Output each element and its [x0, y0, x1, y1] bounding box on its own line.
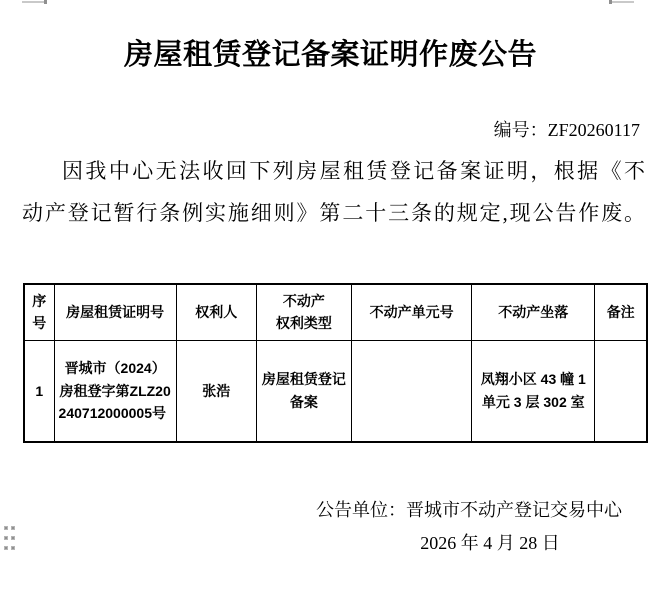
header-holder: 权利人 [176, 284, 256, 340]
top-left-edge-nub [44, 0, 47, 4]
top-left-edge-line [22, 1, 44, 3]
cell-remark [595, 340, 647, 442]
header-unit-no: 不动产单元号 [352, 284, 472, 340]
doc-number: 编号：ZF20260117 [494, 116, 640, 142]
body-paragraph: 因我中心无法收回下列房屋租赁登记备案证明，根据《不 动产登记暂行条例实施细则》第… [22, 150, 645, 234]
notice-document-page: 房屋租赁登记备案证明作废公告 编号：ZF20260117 因我中心无法收回下列房… [0, 0, 661, 592]
dot [11, 526, 15, 530]
cell-cert-no: 晋城市（2024）房租登字第ZLZ20240712000005号 [54, 340, 176, 442]
dot [4, 536, 8, 540]
dot [4, 526, 8, 530]
header-cert-no: 房屋租赁证明号 [54, 284, 176, 340]
publish-date: 2026 年 4 月 28 日 [380, 529, 600, 555]
dot [11, 546, 15, 550]
cell-location: 凤翔小区 43 幢 1 单元 3 层 302 室 [472, 340, 595, 442]
header-remark: 备注 [595, 284, 647, 340]
page-title: 房屋租赁登记备案证明作废公告 [0, 32, 661, 73]
cell-holder: 张浩 [176, 340, 256, 442]
drag-dots-icon [4, 526, 15, 550]
table-row: 1 晋城市（2024）房租登字第ZLZ20240712000005号 张浩 房屋… [24, 340, 647, 442]
table-header-row: 序 号 房屋租赁证明号 权利人 不动产 权利类型 不动产单元号 不动产坐落 备注 [24, 284, 647, 340]
body-line-2: 动产登记暂行条例实施细则》第二十三条的规定,现公告作废。 [22, 192, 645, 234]
cell-seq: 1 [24, 340, 54, 442]
cell-right-type: 房屋租赁登记 备案 [256, 340, 351, 442]
cell-unit-no [352, 340, 472, 442]
top-right-edge-nub [609, 0, 612, 4]
header-location: 不动产坐落 [472, 284, 595, 340]
cancellation-table: 序 号 房屋租赁证明号 权利人 不动产 权利类型 不动产单元号 不动产坐落 备注… [23, 283, 648, 443]
dot [4, 546, 8, 550]
header-right-type: 不动产 权利类型 [256, 284, 351, 340]
header-seq: 序 号 [24, 284, 54, 340]
top-right-edge-line [612, 1, 634, 3]
dot [11, 536, 15, 540]
issuer-line: 公告单位：晋城市不动产登记交易中心 [316, 496, 622, 522]
body-line-1: 因我中心无法收回下列房屋租赁登记备案证明，根据《不 [22, 150, 645, 192]
